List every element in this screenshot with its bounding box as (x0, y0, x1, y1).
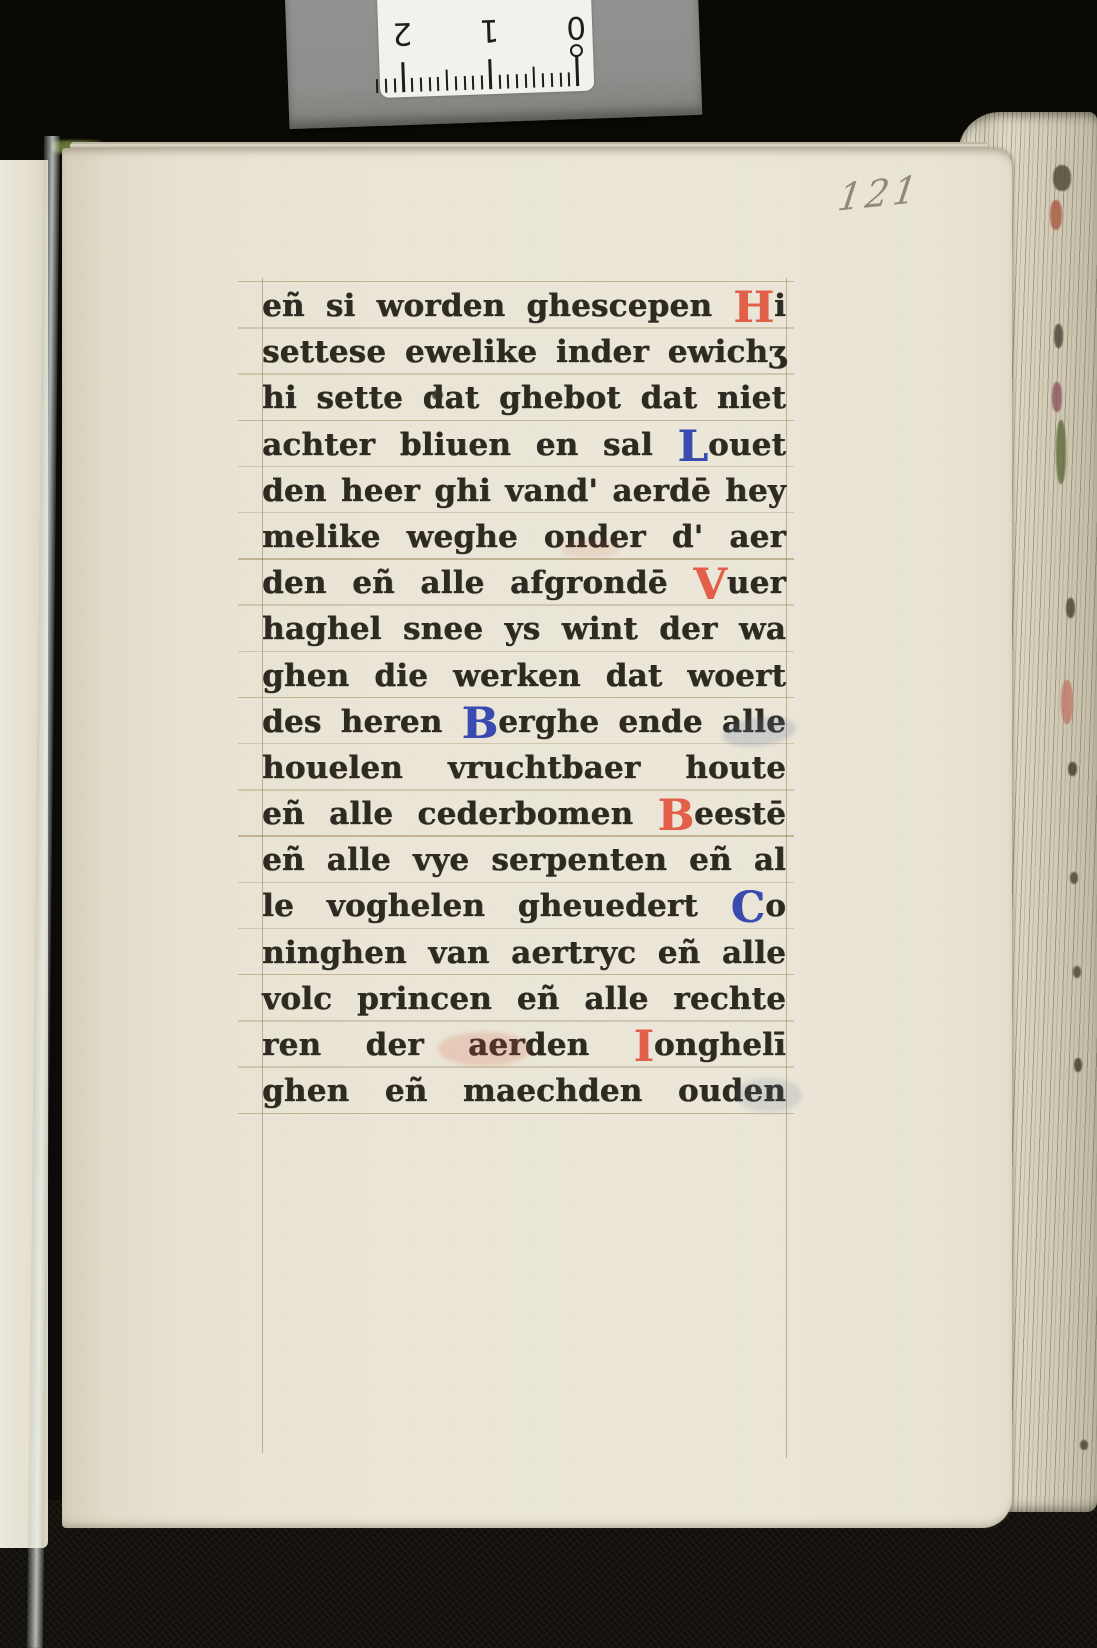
line-text: i (774, 288, 786, 324)
ruler-tick (576, 56, 580, 86)
line-text: ren der aerden (262, 1027, 634, 1063)
ruler-tick (455, 76, 457, 90)
ruler-tick (411, 78, 413, 92)
versal-initial-blue: B (462, 699, 499, 749)
text-line: houelen vruchtbaer houte (262, 745, 786, 791)
ruler-tick (446, 70, 449, 91)
text-line: eñ alle vye serpenten eñ al (262, 837, 786, 883)
line-text: achter bliuen en sal (262, 427, 678, 463)
text-line: settese ewelike inder ewichʒ (262, 329, 786, 375)
text-line: eñ alle cederbomen Beestē (262, 791, 786, 837)
versal-initial-red: H (733, 283, 774, 333)
line-text: volc princen eñ alle rechte (262, 981, 786, 1017)
text-line: achter bliuen en sal Louet (262, 422, 786, 468)
ruler-number-1: 1 (479, 12, 500, 49)
ruler-tick (376, 79, 378, 93)
foredge-mark (1056, 420, 1066, 484)
foredge-mark (1050, 200, 1062, 230)
ruler-number-0: 0 (566, 9, 587, 46)
line-text: melike weghe onder d' aer (262, 519, 786, 555)
versal-initial-red: V (693, 560, 727, 610)
line-text: eñ alle vye serpenten eñ al (262, 842, 786, 878)
ruler-tick (551, 73, 553, 87)
line-text: ninghen van aertryc eñ alle (262, 935, 786, 971)
foredge-mark (1066, 598, 1075, 618)
text-line: ninghen van aertryc eñ alle (262, 930, 786, 976)
ruler-tick (394, 78, 396, 92)
text-line: volc princen eñ alle rechte (262, 976, 786, 1022)
text-block: eñ si worden ghescepen Hisettese ewelike… (262, 283, 786, 1114)
line-text: settese ewelike inder ewichʒ (262, 334, 786, 370)
line-text: erghe ende alle (498, 704, 786, 740)
line-text: ghen die werken dat woert (262, 658, 786, 694)
line-text: den eñ alle afgrondē (262, 565, 693, 601)
text-line: ren der aerden Ionghelī (262, 1022, 786, 1068)
line-text: des heren (262, 704, 462, 740)
ruler-tick (542, 73, 544, 87)
ruler-tick (559, 73, 561, 87)
foredge-mark (1080, 1440, 1088, 1450)
line-text: ouet (708, 427, 786, 463)
manuscript-photo: 121 eñ si worden ghescepen Hisettese ewe… (0, 0, 1097, 1648)
text-line: melike weghe onder d' aer (262, 514, 786, 560)
ruler-tick (437, 77, 439, 91)
text-line: ghen eñ maechden ouden (262, 1068, 786, 1114)
foredge-mark (1073, 966, 1081, 978)
line-text: ghen eñ maechden ouden (262, 1073, 786, 1109)
line-text: uer (727, 565, 786, 601)
ruler-tick (420, 78, 422, 92)
ruler-tick (463, 76, 465, 90)
line-text: den heer ghi vand' aerdē hey (262, 473, 786, 509)
line-text: eestē (694, 796, 786, 832)
text-line: eñ si worden ghescepen Hi (262, 283, 786, 329)
ruler-tick (489, 59, 493, 89)
ruler-tick (516, 74, 518, 88)
text-line: hi sette dat ghebot dat niet (262, 375, 786, 421)
ruler-scale-label: 0 1 2 (376, 0, 594, 98)
foredge-mark (1054, 324, 1063, 348)
text-line: ghen die werken dat woert (262, 653, 786, 699)
versal-initial-red: I (634, 1022, 654, 1072)
line-text: o (765, 888, 786, 924)
ruler-tick (507, 74, 509, 88)
line-text: onghelī (654, 1027, 786, 1063)
versal-initial-red: B (658, 791, 695, 841)
ruler-tick (498, 75, 500, 89)
line-text: eñ alle cederbomen (262, 796, 658, 832)
line-text: haghel snee ys wint der wa (262, 611, 786, 647)
foredge-mark (1061, 680, 1073, 724)
line-text: hi sette dat ghebot dat niet (262, 380, 786, 416)
versal-initial-blue: L (678, 422, 708, 472)
ruler-tick (401, 62, 405, 92)
ruler-number-2: 2 (392, 15, 413, 52)
ruler-tick (568, 72, 570, 86)
text-line: haghel snee ys wint der wa (262, 606, 786, 652)
foredge-mark (1052, 382, 1062, 412)
foredge-mark (1068, 762, 1077, 776)
ruler-tick (533, 67, 536, 88)
text-line: des heren Berghe ende alle (262, 699, 786, 745)
line-text: eñ si worden ghescepen (262, 288, 733, 324)
ruler-tick (472, 76, 474, 90)
text-line: den heer ghi vand' aerdē hey (262, 468, 786, 514)
text-line: le voghelen gheuedert Co (262, 883, 786, 929)
line-text: le voghelen gheuedert (262, 888, 731, 924)
foredge-mark (1074, 1058, 1082, 1072)
text-line: den eñ alle afgrondē Vuer (262, 560, 786, 606)
ruler-tick (481, 75, 483, 89)
foredge-mark (1070, 872, 1078, 884)
line-text: houelen vruchtbaer houte (262, 750, 786, 786)
ruler-tick (385, 79, 387, 93)
foredge-mark (1053, 165, 1071, 191)
ruler-tick (524, 74, 526, 88)
ruler-card: 0 1 2 (285, 0, 703, 129)
ruler-tick (429, 77, 431, 91)
versal-initial-blue: C (731, 883, 765, 933)
ruler-zero-ring (570, 44, 583, 57)
